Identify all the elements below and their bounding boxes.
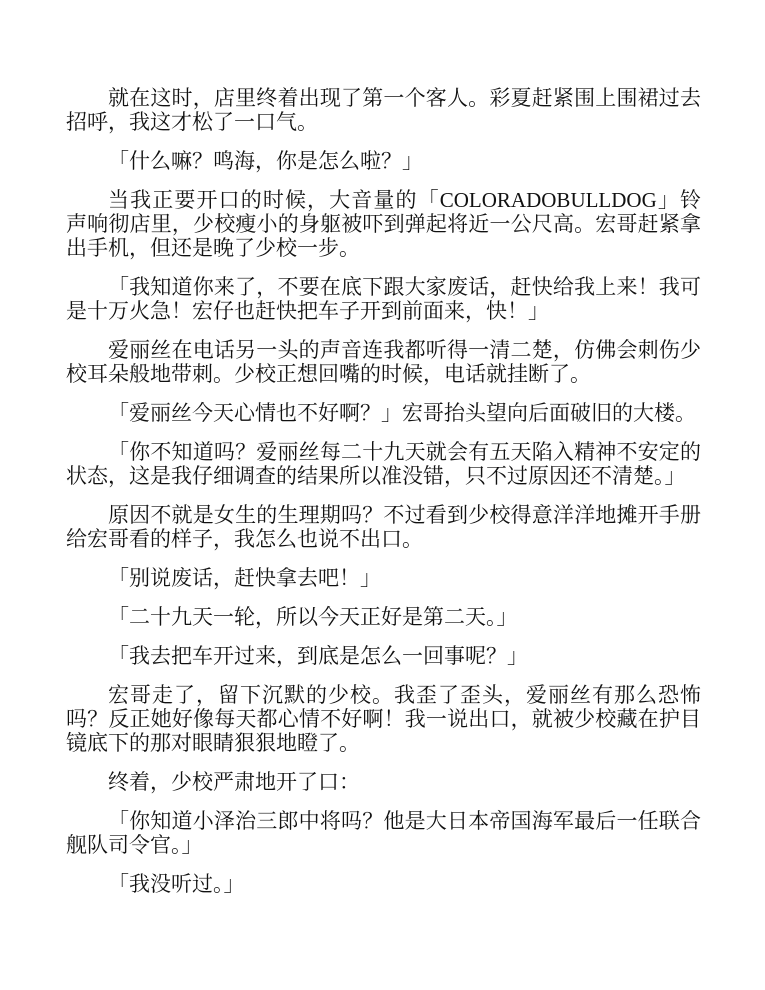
paragraph: 「二十九天一轮，所以今天正好是第二天。」 — [66, 605, 701, 629]
paragraph: 「爱丽丝今天心情也不好啊？」宏哥抬头望向后面破旧的大楼。 — [66, 401, 701, 425]
paragraph: 当我正要开口的时候，大音量的「COLORADOBULLDOG」铃声响彻店里，少校… — [66, 188, 701, 260]
paragraph: 「我去把车开过来，到底是怎么一回事呢？」 — [66, 644, 701, 668]
paragraph: 「你知道小泽治三郎中将吗？他是大日本帝国海军最后一任联合舰队司令官。」 — [66, 809, 701, 857]
paragraph: 「别说废话，赶快拿去吧！」 — [66, 566, 701, 590]
text-column: 就在这时，店里终着出现了第一个客人。彩夏赶紧围上围裙过去招呼，我这才松了一口气。… — [66, 86, 701, 896]
paragraph: 爱丽丝在电话另一头的声音连我都听得一清二楚，仿佛会刺伤少校耳朵般地带刺。少校正想… — [66, 338, 701, 386]
paragraph: 原因不就是女生的生理期吗？不过看到少校得意洋洋地摊开手册给宏哥看的样子，我怎么也… — [66, 503, 701, 551]
paragraph: 宏哥走了，留下沉默的少校。我歪了歪头，爱丽丝有那么恐怖吗？反正她好像每天都心情不… — [66, 683, 701, 755]
paragraph: 就在这时，店里终着出现了第一个客人。彩夏赶紧围上围裙过去招呼，我这才松了一口气。 — [66, 86, 701, 134]
paragraph: 「我没听过。」 — [66, 872, 701, 896]
ebook-page: 就在这时，店里终着出现了第一个客人。彩夏赶紧围上围裙过去招呼，我这才松了一口气。… — [0, 0, 765, 990]
paragraph: 「什么嘛？鸣海，你是怎么啦？」 — [66, 149, 701, 173]
paragraph: 终着，少校严肃地开了口： — [66, 770, 701, 794]
paragraph: 「你不知道吗？爱丽丝每二十九天就会有五天陷入精神不安定的状态，这是我仔细调查的结… — [66, 440, 701, 488]
paragraph: 「我知道你来了，不要在底下跟大家废话，赶快给我上来！我可是十万火急！宏仔也赶快把… — [66, 275, 701, 323]
